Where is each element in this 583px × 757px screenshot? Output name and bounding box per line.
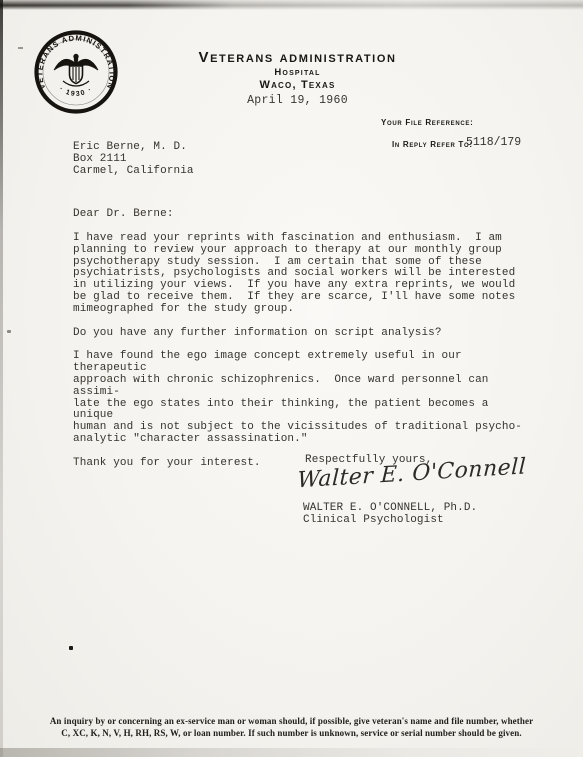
your-file-reference-label: Your File Reference: bbox=[381, 118, 473, 127]
in-reply-refer-to-value: 5118/179 bbox=[466, 136, 521, 149]
letterhead: VETERANS ADMINISTRATION Hospital Waco, T… bbox=[160, 49, 435, 107]
paragraph: I have read your reprints with fascinati… bbox=[73, 233, 525, 316]
veterans-administration-seal-icon: VETERANS ADMINISTRATION · 1930 · bbox=[33, 29, 119, 115]
in-reply-refer-to-label: In Reply Refer To: bbox=[392, 140, 473, 149]
ink-speck bbox=[69, 646, 73, 650]
salutation: Dear Dr. Berne: bbox=[73, 209, 174, 221]
org-location: Waco, Texas bbox=[160, 79, 435, 91]
svg-text:· 1930 ·: · 1930 · bbox=[58, 86, 94, 98]
ink-speck bbox=[18, 47, 23, 49]
org-dept: Hospital bbox=[160, 67, 435, 78]
scan-edge-top bbox=[0, 0, 583, 10]
eagle-emblem-icon bbox=[54, 54, 98, 86]
letter-date: April 19, 1960 bbox=[160, 94, 435, 107]
paragraph: I have found the ego image concept extre… bbox=[73, 351, 525, 445]
footer-line: C, XC, K, N, V, H, RH, RS, W, or loan nu… bbox=[0, 728, 583, 740]
scan-edge-left bbox=[0, 0, 3, 757]
scanned-letter-page: VETERANS ADMINISTRATION · 1930 · VETERAN… bbox=[0, 0, 583, 757]
org-name: VETERANS ADMINISTRATION bbox=[160, 49, 435, 66]
seal-year-text: · 1930 · bbox=[58, 86, 94, 98]
signer-title: Clinical Psychologist bbox=[303, 515, 444, 527]
ink-speck bbox=[7, 330, 11, 333]
footer-line: An inquiry by or concerning an ex-servic… bbox=[0, 716, 583, 728]
letter-body: I have read your reprints with fascinati… bbox=[73, 233, 525, 482]
recipient-address: Eric Berne, M. D. Box 2111 Carmel, Calif… bbox=[73, 142, 194, 177]
scan-edge-bottom bbox=[0, 748, 583, 757]
paragraph: Do you have any further information on s… bbox=[73, 328, 525, 340]
footer-notice: An inquiry by or concerning an ex-servic… bbox=[0, 716, 583, 739]
